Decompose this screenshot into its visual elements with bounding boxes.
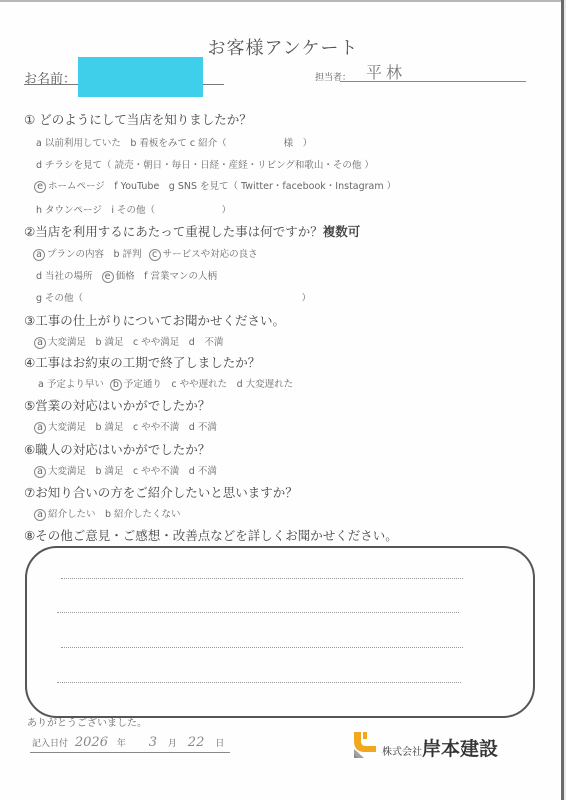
company-prefix: 株式会社	[382, 747, 422, 758]
q1-options-row-4: h タウンページ i その他（ ）	[36, 202, 231, 216]
selected-option-e[interactable]: e	[34, 181, 46, 193]
q6-options: a大変満足 b 満足 c やや不満 d 不満	[34, 463, 217, 478]
company-name-main: 岸本建設	[422, 738, 498, 760]
q5-options-text: 大変満足 b 満足 c やや不満 d 不満	[48, 422, 217, 433]
comment-line-3	[61, 647, 463, 648]
q4-options: a 予定より早い b予定通り c やや遅れた d 大変遅れた	[38, 376, 293, 391]
q1-options-row-1: a 以前利用していた b 看板をみて c 紹介（ 様 ）	[36, 135, 312, 149]
q2-options-row-3: g その他（ ）	[36, 290, 311, 304]
q3-options: a大変満足 b 満足 c やや満足 d 不満	[34, 334, 223, 349]
date-day: 22	[188, 735, 205, 750]
date-label: 記入日付	[32, 739, 68, 749]
question-text: 職人の対応はいかがでしたか？	[35, 442, 210, 457]
question-text: どのようにして当店を知りましたか？	[39, 112, 252, 127]
staff-value: 平林	[366, 60, 406, 83]
q4-options-text-1: a 予定より早い	[38, 379, 104, 390]
question-number: ⑤	[24, 398, 35, 413]
q7-options-text: 紹介したい b 紹介したくない	[48, 509, 181, 520]
question-8: ⑧その他ご意見・ご感想・改善点などを詳しくお聞かせください。	[24, 526, 398, 544]
q2-options-row-1: aプランの内容 b 評判 cサービスや対応の良さ	[33, 246, 258, 261]
question-1: ① どのようにして当店を知りましたか？	[24, 110, 252, 128]
selected-option-a[interactable]: a	[34, 509, 46, 521]
q2-options-text-4: 価格 f 営業マンの人柄	[116, 271, 217, 282]
selected-option-b[interactable]: b	[110, 379, 122, 391]
comment-textarea[interactable]	[25, 546, 535, 718]
q4-options-text-2: 予定通り c やや遅れた d 大変遅れた	[124, 379, 293, 390]
question-number: ①	[24, 112, 35, 127]
question-number: ②	[24, 224, 35, 239]
comment-line-2	[57, 612, 459, 613]
question-3: ③工事の仕上がりについてお聞かせください。	[24, 311, 285, 329]
question-number: ⑥	[24, 442, 35, 457]
selected-option-a[interactable]: a	[34, 422, 46, 434]
month-unit: 月	[168, 739, 177, 749]
thanks-message: ありがとうございました。	[27, 714, 147, 729]
question-text: 当店を利用するにあたって重視した事は何ですか？	[35, 224, 323, 239]
question-number: ③	[24, 313, 35, 328]
question-text: 工事の仕上がりについてお聞かせください。	[35, 313, 285, 328]
q7-options: a紹介したい b 紹介したくない	[34, 506, 181, 521]
comment-line-4	[57, 682, 461, 683]
question-5: ⑤営業の対応はいかがでしたか？	[24, 396, 210, 414]
selected-option-e[interactable]: e	[102, 271, 114, 283]
q3-options-text: 大変満足 b 満足 c やや満足 d 不満	[48, 337, 223, 348]
question-text: 工事はお約束の工期で終了しましたか？	[35, 355, 260, 370]
scan-top-edge	[0, 0, 566, 2]
q5-options: a大変満足 b 満足 c やや不満 d 不満	[34, 419, 217, 434]
selected-option-c[interactable]: c	[149, 249, 161, 261]
staff-underline	[340, 81, 526, 82]
multiple-allowed-note: 複数可	[323, 224, 361, 239]
entry-date: 記入日付 2026 年 3 月 22 日	[32, 735, 224, 750]
q2-options-text-2: サービスや対応の良さ	[163, 249, 258, 260]
question-4: ④工事はお約束の工期で終了しましたか？	[24, 353, 260, 371]
question-2: ②当店を利用するにあたって重視した事は何ですか？複数可	[24, 222, 360, 240]
date-underline	[30, 752, 230, 753]
q6-options-text: 大変満足 b 満足 c やや不満 d 不満	[48, 466, 217, 477]
selected-option-a[interactable]: a	[34, 466, 46, 478]
date-year: 2026	[75, 735, 108, 750]
question-text: お知り合いの方をご紹介したいと思いますか？	[35, 485, 298, 500]
selected-option-a[interactable]: a	[33, 249, 45, 261]
company-logo-icon	[354, 732, 376, 758]
question-text: その他ご意見・ご感想・改善点などを詳しくお聞かせください。	[35, 528, 398, 543]
q2-options-text-1: プランの内容 b 評判	[47, 249, 142, 260]
comment-line-1	[61, 578, 463, 579]
question-number: ④	[24, 355, 35, 370]
question-7: ⑦お知り合いの方をご紹介したいと思いますか？	[24, 483, 298, 501]
question-number: ⑧	[24, 528, 35, 543]
date-month: 3	[149, 735, 157, 750]
question-text: 営業の対応はいかがでしたか？	[35, 398, 210, 413]
company-name: 株式会社岸本建設	[382, 734, 498, 761]
q1-options-row-2: d チラシを見て（ 読売・朝日・毎日・日経・産経・リビング和歌山・その他 ）	[36, 157, 374, 171]
q2-options-row-2: d 当社の場所 e価格 f 営業マンの人柄	[36, 268, 217, 283]
question-6: ⑥職人の対応はいかがでしたか？	[24, 440, 210, 458]
year-unit: 年	[117, 739, 126, 749]
question-number: ⑦	[24, 485, 35, 500]
q1-options-row-3: eホームページ f YouTube g SNS を見て（ Twitter・fac…	[34, 178, 396, 193]
name-redaction	[78, 57, 203, 97]
day-unit: 日	[215, 739, 224, 749]
q2-options-text-3: d 当社の場所	[36, 271, 93, 282]
q1-options-row-3-text: ホームページ f YouTube g SNS を見て（ Twitter・face…	[48, 181, 396, 192]
selected-option-a[interactable]: a	[34, 337, 46, 349]
survey-page: お客様アンケート お名前： 担当者： 平林 ① どのようにして当店を知りましたか…	[0, 0, 566, 800]
